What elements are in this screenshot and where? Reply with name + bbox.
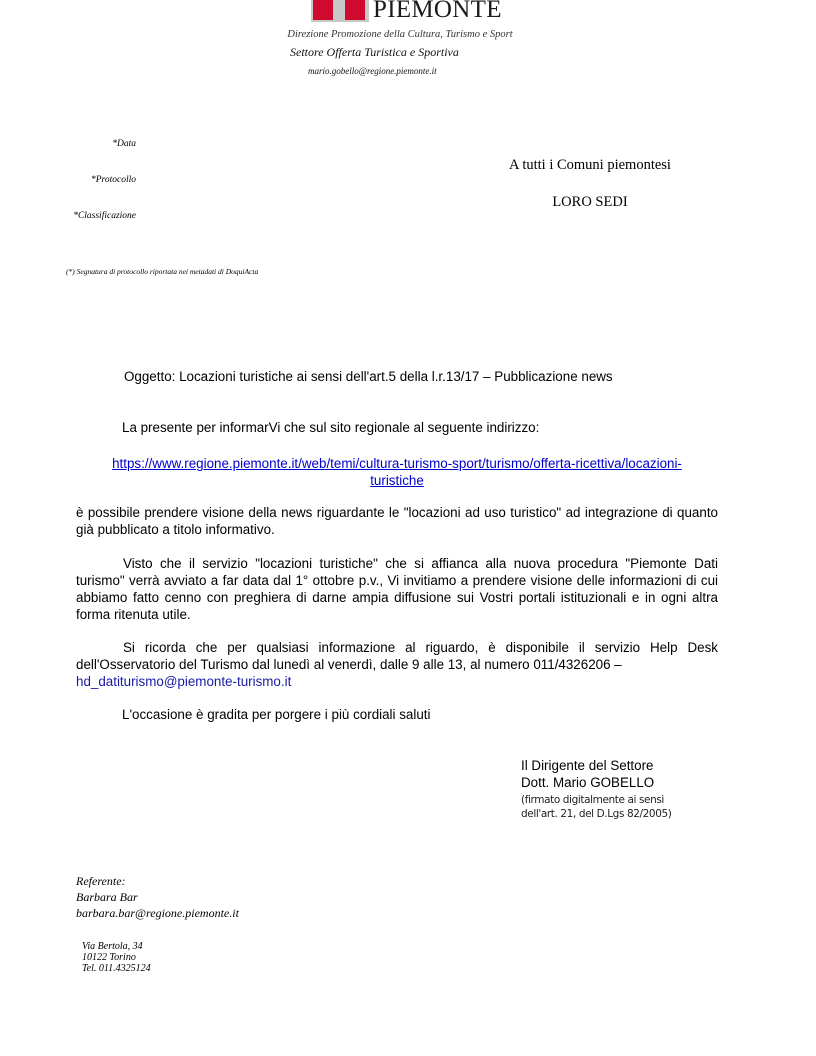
signature-block: Il Dirigente del Settore Dott. Mario GOB… [521, 757, 654, 791]
link-line-2: turistiche [370, 473, 424, 488]
helpdesk-email-link[interactable]: hd_datiturismo@piemonte-turismo.it [76, 673, 291, 690]
address-street: Via Bertola, 34 [82, 941, 151, 952]
sector-name: Settore Offerta Turistica e Sportiva [290, 45, 459, 60]
header-email: mario.gobello@regione.piemonte.it [308, 66, 437, 76]
data-label: *Data [0, 139, 136, 149]
referente-label: Referente: [76, 873, 239, 889]
paragraph-helpdesk: Si ricorda che per qualsiasi informazion… [76, 639, 718, 690]
signature-note-line-1: (firmato digitalmente ai sensi [521, 793, 671, 807]
logo-text: PIEMONTE [373, 0, 502, 22]
paragraph-service: Visto che il servizio "locazioni turisti… [76, 555, 718, 623]
recipient-sedi: LORO SEDI [480, 194, 700, 211]
intro-paragraph: La presente per informarVi che sul sito … [122, 420, 539, 435]
logo-square-icon [313, 0, 333, 20]
address-block: Via Bertola, 34 10122 Torino Tel. 011.43… [82, 941, 151, 974]
link-line-1: https://www.regione.piemonte.it/web/temi… [112, 456, 682, 471]
piemonte-logo: PIEMONTE [311, 0, 502, 22]
referente-name: Barbara Bar [76, 889, 239, 905]
recipient-line: A tutti i Comuni piemontesi [480, 157, 700, 174]
logo-mark-icon [311, 0, 369, 22]
address-phone: Tel. 011.4325124 [82, 963, 151, 974]
department-name: Direzione Promozione della Cultura, Turi… [270, 29, 530, 40]
referente-block: Referente: Barbara Bar barbara.bar@regio… [76, 873, 239, 921]
protocol-note: (*) Segnatura di protocollo riportata ne… [66, 267, 258, 276]
signature-note-line-2: dell'art. 21, del D.Lgs 82/2005) [521, 807, 671, 821]
digital-signature-note: (firmato digitalmente ai sensi dell'art.… [521, 793, 671, 821]
regional-site-link[interactable]: https://www.regione.piemonte.it/web/temi… [112, 456, 682, 488]
signature-role: Il Dirigente del Settore [521, 757, 654, 774]
classificazione-label: *Classificazione [0, 211, 136, 221]
referente-email: barbara.bar@regione.piemonte.it [76, 905, 239, 921]
logo-square-icon [345, 0, 365, 20]
protocollo-label: *Protocollo [0, 175, 136, 185]
address-city: 10122 Torino [82, 952, 151, 963]
signature-name: Dott. Mario GOBELLO [521, 774, 654, 791]
paragraph-news: è possibile prendere visione della news … [76, 504, 718, 538]
helpdesk-text: Si ricorda che per qualsiasi informazion… [76, 640, 718, 672]
closing-line: L'occasione è gradita per porgere i più … [122, 707, 431, 722]
link-block: https://www.regione.piemonte.it/web/temi… [76, 455, 718, 489]
subject-line: Oggetto: Locazioni turistiche ai sensi d… [124, 369, 613, 384]
